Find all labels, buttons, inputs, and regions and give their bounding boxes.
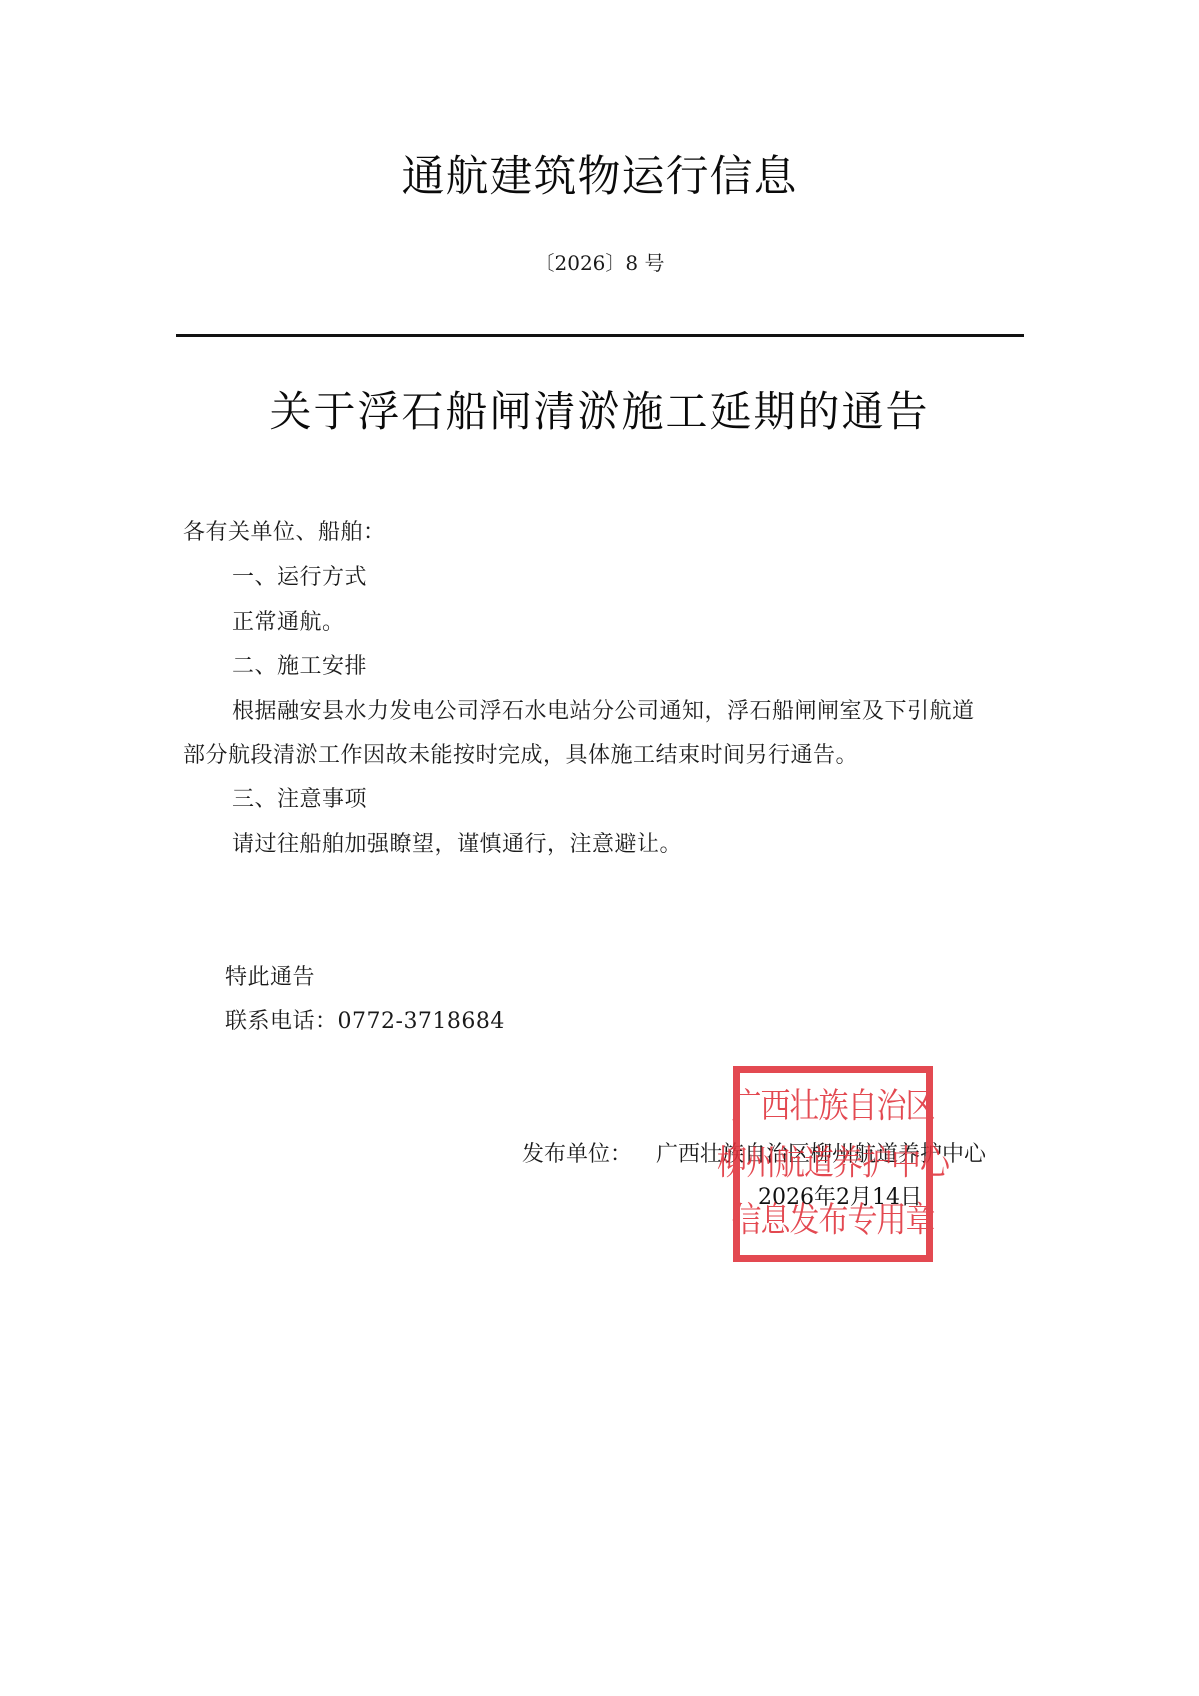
document-title: 通航建筑物运行信息 xyxy=(0,150,1199,204)
publisher-label: 发布单位： xyxy=(522,1142,632,1167)
section-content-construction-line-2: 部分航段清淤工作因故未能按时完成，具体施工结束时间另行通告。 xyxy=(183,741,858,771)
section-content-construction-line-1: 根据融安县水力发电公司浮石水电站分公司通知，浮石船闸闸室及下引航道 xyxy=(232,697,975,727)
contact-phone: 0772-3718684 xyxy=(338,1009,505,1034)
stamp-line-2: 柳州航道养护中心 xyxy=(717,1142,949,1186)
contact-label: 联系电话： xyxy=(225,1009,338,1034)
contact-line: 联系电话：0772-3718684 xyxy=(225,1007,505,1037)
header-divider xyxy=(176,334,1024,337)
section-content-operation-mode: 正常通航。 xyxy=(232,608,345,638)
document-number: 〔2026〕8 号 xyxy=(0,250,1199,276)
document-page: 通航建筑物运行信息 〔2026〕8 号 关于浮石船闸清淤施工延期的通告 各有关单… xyxy=(0,0,1199,1696)
section-heading-notes: 三、注意事项 xyxy=(232,785,367,815)
official-seal-stamp: 广西壮族自治区 柳州航道养护中心 信息发布专用章 xyxy=(733,1066,933,1262)
publish-date: 2026年2月14日 xyxy=(758,1184,922,1212)
closing-statement: 特此通告 xyxy=(225,963,315,993)
salutation: 各有关单位、船舶： xyxy=(183,518,386,548)
section-heading-construction: 二、施工安排 xyxy=(232,652,367,682)
stamp-line-1: 广西壮族自治区 xyxy=(732,1085,935,1129)
section-heading-operation-mode: 一、运行方式 xyxy=(232,563,367,593)
section-content-notes: 请过往船舶加强瞭望，谨慎通行，注意避让。 xyxy=(232,830,682,860)
notice-headline: 关于浮石船闸清淤施工延期的通告 xyxy=(0,386,1199,438)
